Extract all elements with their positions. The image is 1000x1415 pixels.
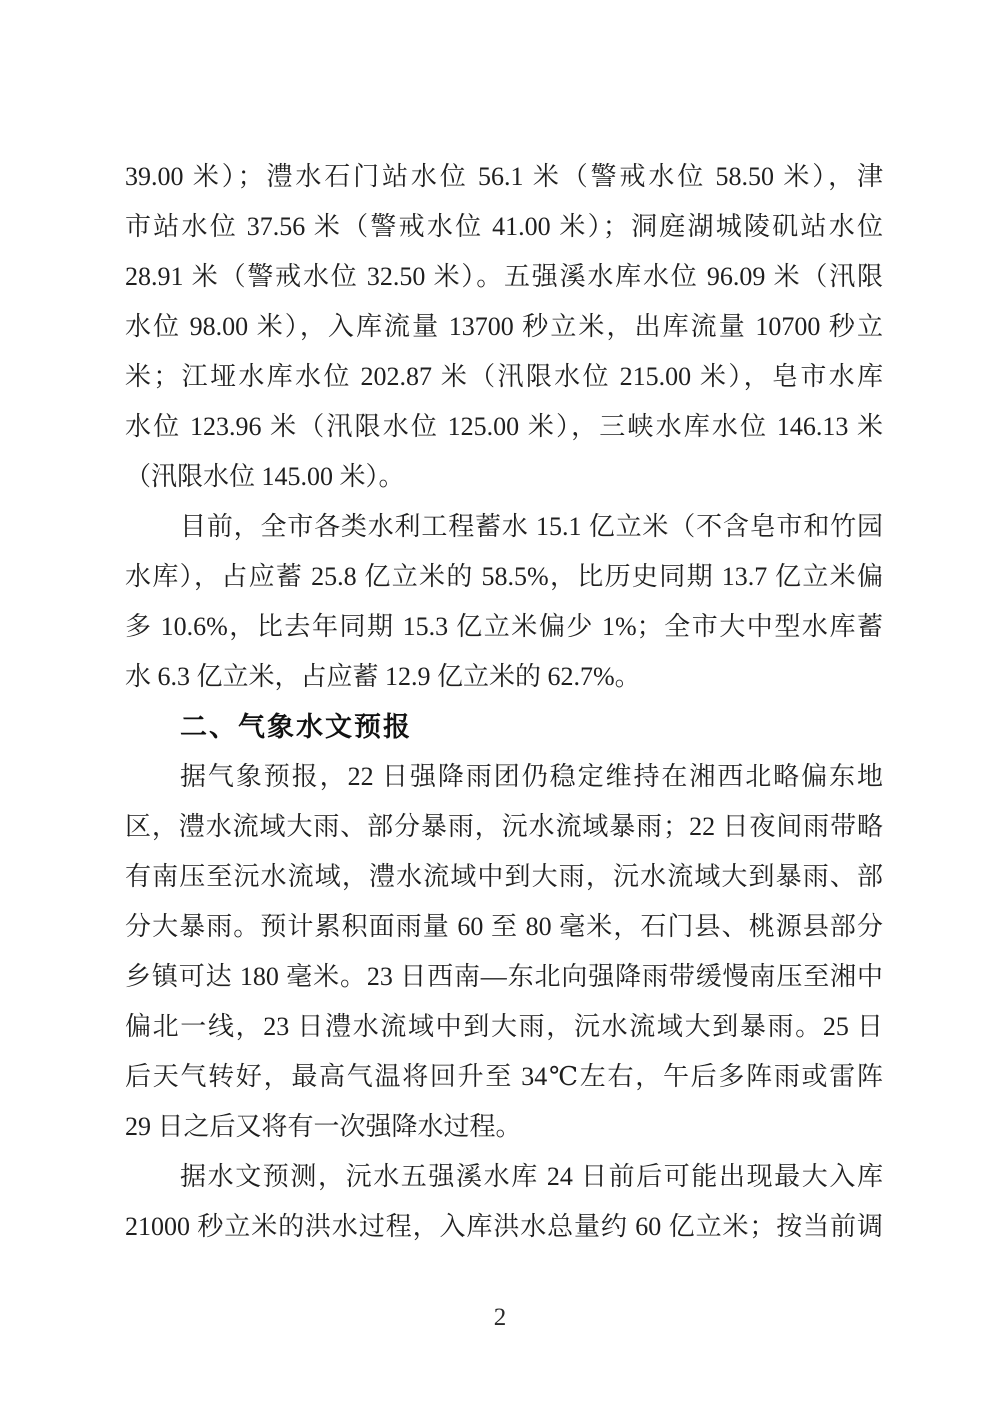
text-line: 后天气转好，最高气温将回升至 34℃左右，午后多阵雨或雷阵雨。 [125,1052,883,1102]
text-line: 乡镇可达 180 毫米。23 日西南—东北向强降雨带缓慢南压至湘中 [125,952,883,1002]
text-line: 29 日之后又将有一次强降水过程。 [125,1102,883,1152]
text-line: 多 10.6%，比去年同期 15.3 亿立米偏少 1%；全市大中型水库蓄 [125,602,883,652]
text-line: 有南压至沅水流域，澧水流域中到大雨，沅水流域大到暴雨、部 [125,852,883,902]
document-page: 39.00 米）；澧水石门站水位 56.1 米（警戒水位 58.50 米），津 … [0,0,1000,1415]
text-line: （汛限水位 145.00 米）。 [125,452,883,502]
text-line: 偏北一线，23 日澧水流域中到大雨，沅水流域大到暴雨。25 日 [125,1002,883,1052]
section-heading: 二、气象水文预报 [125,702,883,752]
text-line: 目前，全市各类水利工程蓄水 15.1 亿立米（不含皂市和竹园 [125,502,883,552]
text-line: 21000 秒立米的洪水过程，入库洪水总量约 60 亿立米；按当前调 [125,1202,883,1252]
text-line: 据气象预报，22 日强降雨团仍稳定维持在湘西北略偏东地 [125,752,883,802]
text-line: 据水文预测，沅水五强溪水库 24 日前后可能出现最大入库 [125,1152,883,1202]
text-line: 市站水位 37.56 米（警戒水位 41.00 米）；洞庭湖城陵矶站水位 [125,202,883,252]
text-line: 水 6.3 亿立米，占应蓄 12.9 亿立米的 62.7%。 [125,652,883,702]
text-line: 39.00 米）；澧水石门站水位 56.1 米（警戒水位 58.50 米），津 [125,152,883,202]
document-body: 39.00 米）；澧水石门站水位 56.1 米（警戒水位 58.50 米），津 … [125,152,883,1252]
page-number: 2 [0,1298,1000,1338]
text-line: 米；江垭水库水位 202.87 米（汛限水位 215.00 米），皂市水库 [125,352,883,402]
text-line: 分大暴雨。预计累积面雨量 60 至 80 毫米，石门县、桃源县部分 [125,902,883,952]
text-line: 区，澧水流域大雨、部分暴雨，沅水流域暴雨；22 日夜间雨带略 [125,802,883,852]
text-line: 水位 98.00 米），入库流量 13700 秒立米，出库流量 10700 秒立 [125,302,883,352]
text-line: 水位 123.96 米（汛限水位 125.00 米），三峡水库水位 146.13… [125,402,883,452]
text-line: 水库），占应蓄 25.8 亿立米的 58.5%，比历史同期 13.7 亿立米偏 [125,552,883,602]
text-line: 28.91 米（警戒水位 32.50 米）。五强溪水库水位 96.09 米（汛限 [125,252,883,302]
